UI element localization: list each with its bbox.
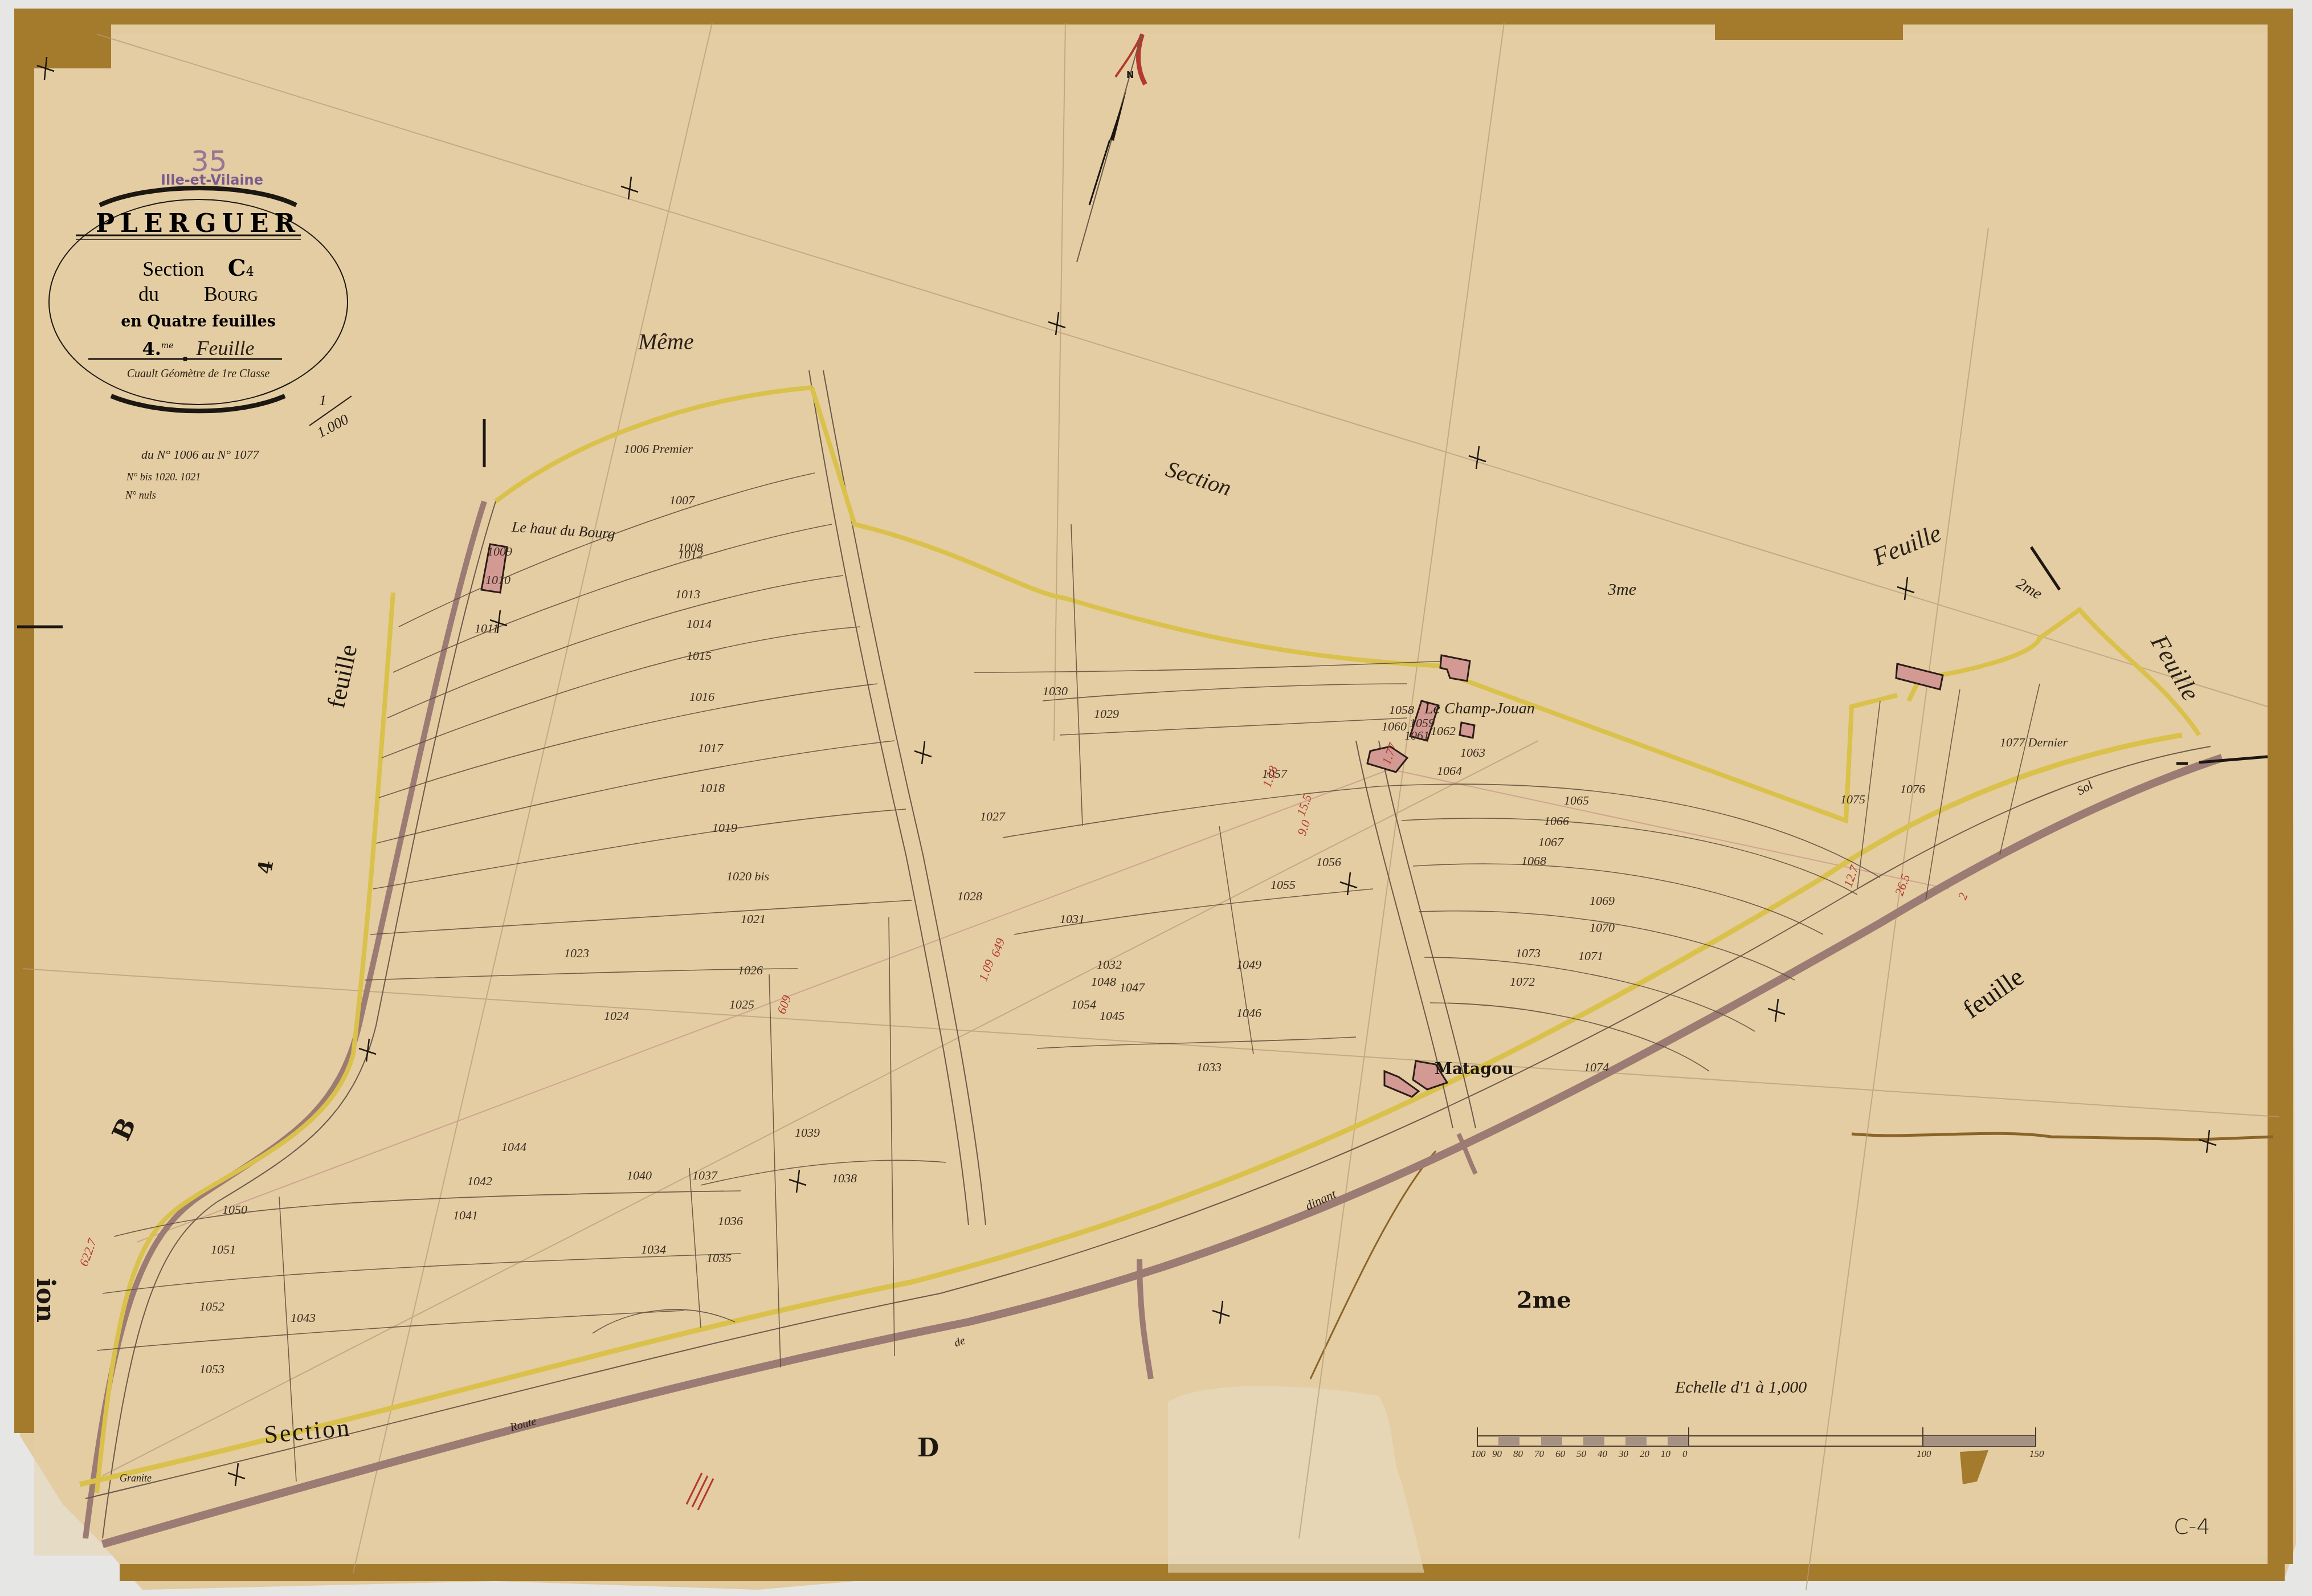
parcel-number: 1062 [1431,724,1456,738]
parcel-number: 1055 [1271,877,1296,892]
parcel-number: 1024 [604,1009,629,1023]
parcel-number: 1064 [1437,764,1462,778]
sheet-code: C-4 [2174,1516,2210,1537]
north-label: N [1126,71,1134,80]
parcel-number: 1017 [698,741,723,756]
parcel-number: 1006 Premier [624,442,693,456]
scale-tick-label: 150 [2029,1448,2044,1460]
section-label: Section [142,258,204,280]
parcel-number: 1054 [1071,997,1096,1012]
department-stamp-number: 35 [191,147,227,175]
parcel-number: 1010 [485,573,510,587]
parcel-number: 1021 [741,912,766,926]
parcel-number: 1074 [1584,1060,1609,1075]
parcel-number: 1065 [1564,793,1589,808]
parcel-number: 1061 [1404,728,1429,743]
section-name-value: Bourg [204,283,258,305]
parcel-number: 1036 [718,1214,743,1228]
parcel-number: 1042 [467,1174,492,1189]
scale-tick-label: 70 [1534,1448,1544,1460]
parcel-number: 1028 [957,889,982,904]
parcel-number: 1073 [1516,946,1541,961]
scale-fraction-numerator: 1 [319,393,326,408]
parcel-number: 1047 [1120,980,1145,995]
parcel-number: 1043 [291,1311,316,1325]
parcel-number: 1068 [1521,854,1546,868]
cartouche: PLERGUER Section C4 du Bourg en Quatre f… [50,202,346,390]
parcel-number: 1013 [675,587,700,602]
parcel-number: 1035 [706,1251,732,1266]
parcel-number: 1026 [738,963,763,978]
parcel-number: 1009 [487,544,512,559]
parcel-number: 1041 [453,1208,478,1223]
surveyor-signature: Cuault Géomètre de 1re Classe [50,368,346,381]
scale-tick-label: 20 [1640,1448,1649,1460]
parcel-number: 1030 [1043,684,1068,699]
scale-tick-label: 30 [1619,1448,1628,1460]
parcel-number: 1048 [1091,974,1116,989]
parcel-number: 1027 [980,809,1005,824]
label-meme: Même [638,330,694,353]
label-D: D [917,1436,939,1461]
parcel-number: 1051 [211,1242,236,1257]
parcel-number: 1016 [689,689,714,704]
sheets-note: en Quatre feuilles [50,313,346,330]
parcel-number: 1038 [832,1171,857,1186]
scale-tick-label: 40 [1598,1448,1607,1460]
parcel-number: 1029 [1094,707,1119,721]
parcel-number: 1067 [1538,835,1563,850]
section-title: Section C4 [50,255,346,281]
section-sub: 4 [246,265,254,279]
cadastral-map-sheet: 35 Ille-et-Vilaine PLERGUER Section C4 d… [0,0,2312,1596]
parcel-number: 1015 [687,648,712,663]
parcel-number: 1020 bis [726,869,769,884]
map-graphics [0,0,2312,1596]
parcel-number: 1056 [1316,855,1341,870]
parcel-range-line3: N° nuls [125,490,156,500]
parcel-number: 1014 [687,617,712,631]
parcel-number: 1018 [700,781,725,795]
parcel-number: 1049 [1236,957,1261,972]
scale-tick-label: 60 [1555,1448,1565,1460]
department-stamp-name: Ille-et-Vilaine [161,173,263,187]
parcel-number: 1032 [1097,957,1122,972]
parcel-number: 1039 [795,1125,820,1140]
parcel-number: 1023 [564,946,589,961]
torn-area [1168,1386,1424,1573]
parcel-number: 1072 [1510,974,1535,989]
parcel-number: 1076 [1900,782,1925,797]
parcel-number: 1053 [199,1362,224,1377]
section-letter: C [228,255,246,281]
parcel-number: 1045 [1100,1009,1125,1023]
sheet-number: 4. [142,338,161,360]
section-name: du Bourg [50,282,346,306]
parcel-number: 1040 [627,1168,652,1183]
parcel-number: 1046 [1236,1006,1261,1021]
parcel-number: 1069 [1590,893,1615,908]
section-name-prefix: du [138,283,159,305]
parcel-number: 1075 [1840,792,1865,807]
parcel-range-line2: N° bis 1020. 1021 [126,472,201,482]
label-2eme-bottom: 2me [1517,1289,1571,1312]
commune-name: PLERGUER [50,209,346,238]
parcel-number: 1011 [475,621,499,636]
road-label-granite: Granite [120,1473,152,1483]
scale-tick-label: 90 [1492,1448,1502,1460]
parcel-number: 1050 [222,1202,247,1217]
scale-bar: 1009080706050403020100100150 [1476,1430,2040,1453]
parcel-number: 1007 [669,493,695,508]
parcel-number: 1037 [692,1168,717,1183]
parcel-number: 1060 [1382,719,1407,734]
parcel-number: 1063 [1460,745,1485,760]
parcel-number: 1034 [641,1242,666,1257]
scale-tick-label: 100 [1917,1448,1931,1460]
scale-tick-label: 0 [1682,1448,1688,1460]
scale-tick-label: 10 [1661,1448,1670,1460]
parcel-number: 1066 [1544,814,1569,828]
label-section-fragment: ion [32,1278,58,1322]
sheet-number-suffix: me [161,341,174,350]
label-3eme: 3me [1608,581,1636,598]
scale-tick-label: 80 [1513,1448,1523,1460]
sheet-number-line: 4.me Feuille [50,336,346,360]
parcel-number: 1077 Dernier [2000,735,2068,750]
parcel-number: 1044 [501,1140,526,1154]
sheet-word: Feuille [197,337,255,360]
parcel-number: 1052 [199,1299,224,1314]
scale-tick-label: 50 [1576,1448,1586,1460]
parcel-number: 1031 [1060,912,1085,926]
parcel-range-line1: du N° 1006 au N° 1077 [141,448,259,461]
parcel-number: 1033 [1196,1060,1222,1075]
parcel-number: 1070 [1590,920,1615,935]
scale-title: Echelle d'1 à 1,000 [1675,1379,1807,1396]
place-matagou: Matagou [1435,1061,1514,1077]
parcel-number: 1071 [1578,949,1603,964]
parcel-number: 1025 [729,997,754,1012]
parcel-number: 1012 [678,547,703,562]
parcel-number: 1019 [712,821,737,835]
place-champ-jouan: Le Champ-Jouan [1424,701,1535,717]
scale-tick-label: 100 [1471,1448,1486,1460]
